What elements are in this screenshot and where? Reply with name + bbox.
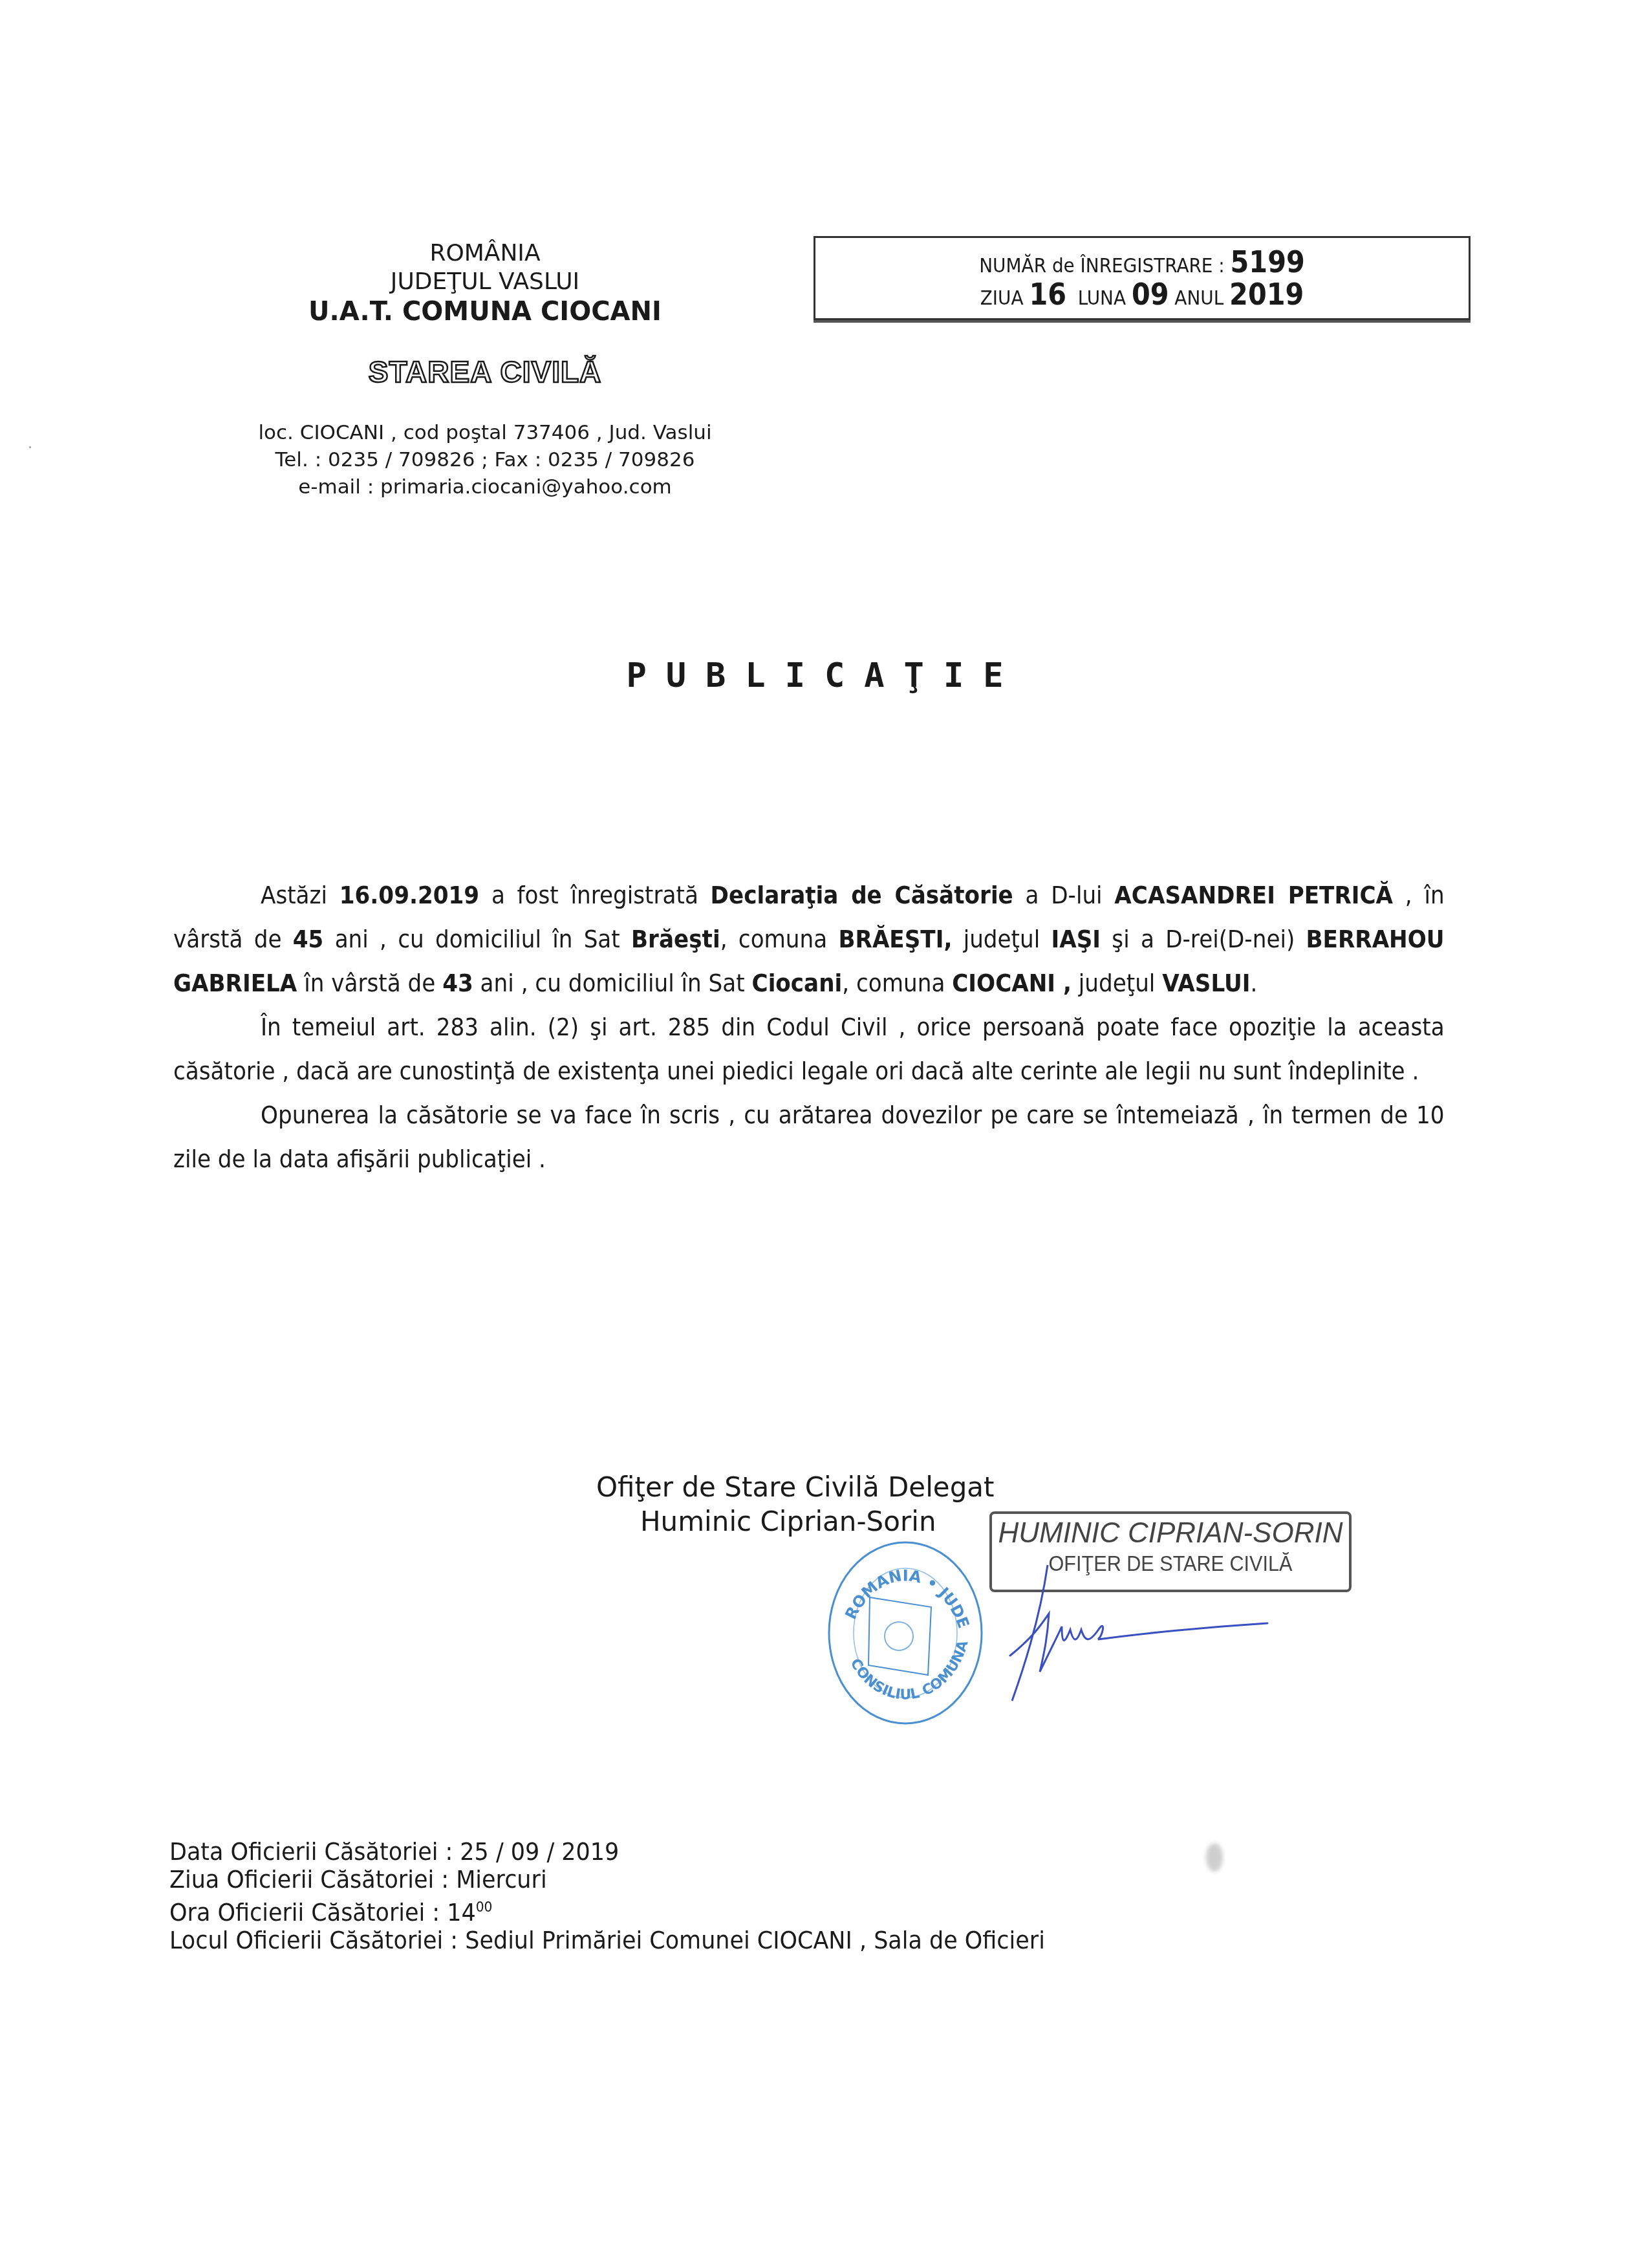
signatory-role: Ofiţer de Stare Civilă Delegat [596,1471,995,1504]
signatory-name: Huminic Ciprian-Sorin [640,1506,936,1538]
stamp-name: HUMINIC CIPRIAN-SORIN [992,1517,1349,1550]
bride-village: Ciocani [752,969,843,997]
registration-month: 09 [1132,277,1169,312]
groom-commune: BRĂEŞTI, [838,925,952,953]
bride-commune: CIOCANI , [952,969,1072,997]
registration-number: 5199 [1231,244,1305,279]
year-label: ANUL [1174,286,1223,310]
svg-text:CONSILIUL COMUNA CIOCANI: CONSILIUL COMUNA CIOCANI [824,1536,971,1703]
county: JUDEŢUL VASLUI [213,268,757,296]
ceremony-time: Ora Oficierii Căsătoriei : 1400 [169,1894,1045,1927]
handwritten-signature-icon [1009,1559,1280,1707]
scan-dot [29,446,31,448]
department-title: STAREA CIVILĂ [213,354,757,389]
paragraph-opposition: Opunerea la căsătorie se va face în scri… [173,1093,1445,1181]
groom-name: ACASANDREI PETRICĂ [1114,881,1393,909]
institution: U.A.T. COMUNA CIOCANI [213,296,757,327]
svg-text:ROMANIA • JUDEŢUL VASLUI: ROMANIA • JUDEŢUL VASLUI [824,1536,973,1631]
month-label: LUNA [1078,286,1126,310]
groom-village: Brăeşti [631,925,720,953]
registration-number-label: NUMĂR de ÎNREGISTRARE : [979,254,1224,277]
groom-age: 45 [293,925,324,953]
day-label: ZIUA [980,286,1024,310]
ceremony-place: Locul Oficierii Căsătoriei : Sediul Prim… [169,1927,1045,1954]
registration-day: 16 [1029,277,1066,312]
address: loc. CIOCANI , cod poştal 737406 , Jud. … [213,419,757,446]
paragraph-declaration: Astăzi 16.09.2019 a fost înregistrată De… [173,873,1445,1005]
paragraph-legal-basis: În temeiul art. 283 alin. (2) şi art. 28… [173,1005,1445,1093]
document-body: Astăzi 16.09.2019 a fost înregistrată De… [173,873,1445,1181]
declaration-type: Declaraţia de Căsătorie [711,881,1013,909]
ceremony-details: Data Oficierii Căsătoriei : 25 / 09 / 20… [169,1838,1045,1954]
email: e-mail : primaria.ciocani@yahoo.com [213,473,757,501]
registration-year: 2019 [1229,277,1304,312]
registration-number-row: NUMĂR de ÎNREGISTRARE : 5199 [815,244,1469,279]
letterhead: ROMÂNIA JUDEŢUL VASLUI U.A.T. COMUNA CIO… [213,239,757,501]
phone-fax: Tel. : 0235 / 709826 ; Fax : 0235 / 7098… [213,446,757,473]
registration-box: NUMĂR de ÎNREGISTRARE : 5199 ZIUA 16 LUN… [814,236,1471,320]
scan-smudge [1206,1843,1223,1872]
groom-county: IAŞI [1051,925,1101,953]
ceremony-day: Ziua Oficierii Căsătoriei : Miercuri [169,1866,1045,1894]
country: ROMÂNIA [213,239,757,268]
bride-county: VASLUI [1162,969,1250,997]
bride-age: 43 [442,969,473,997]
registration-date-row: ZIUA 16 LUNA 09 ANUL 2019 [815,277,1469,312]
declaration-date: 16.09.2019 [339,881,479,909]
official-seal-icon: ROMANIA • JUDEŢUL VASLUI CONSILIUL COMUN… [824,1536,986,1730]
document-title: PUBLICAŢIE [0,656,1649,695]
ceremony-date: Data Oficierii Căsătoriei : 25 / 09 / 20… [169,1838,1045,1866]
